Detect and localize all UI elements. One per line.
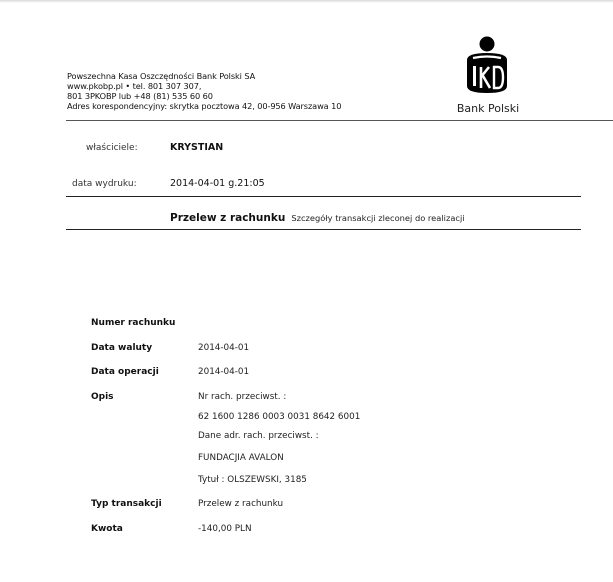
pko-logo-icon (462, 36, 512, 94)
value-date-value: 2014-04-01 (198, 343, 249, 353)
bank-name-line: Powszechna Kasa Oszczędności Bank Polski… (67, 71, 341, 81)
account-number-label: Numer rachunku (91, 318, 175, 328)
bank-web-phone-line: www.pkobp.pl • tel. 801 307 307, (67, 81, 341, 91)
description-line: 62 1600 1286 0003 0031 8642 6001 (198, 412, 360, 422)
description-line: Nr rach. przeciwst. : (198, 392, 286, 402)
print-date-label: data wydruku: (72, 179, 137, 189)
owners-label: właściciele: (86, 143, 138, 153)
header-divider (66, 120, 613, 121)
section-title: Przelew z rachunku (170, 212, 285, 224)
bank-address-line: Adres korespondencyjny: skrytka pocztowa… (67, 101, 341, 111)
description-label: Opis (91, 392, 114, 402)
section-subtitle: Szczegóły transakcji zleconej do realiza… (291, 213, 464, 223)
owners-value: KRYSTIAN (170, 142, 223, 153)
description-line: Dane adr. rach. przeciwst. : (198, 431, 319, 441)
transaction-type-label: Typ transakcji (91, 499, 162, 509)
operation-date-label: Data operacji (91, 367, 159, 377)
description-line: Tytuł : OLSZEWSKI, 3185 (198, 475, 307, 485)
section-header: Przelew z rachunkuSzczegóły transakcji z… (170, 206, 465, 225)
amount-value: -140,00 PLN (198, 524, 252, 534)
description-line: FUNDACJIA AVALON (198, 453, 284, 463)
bank-contact-info: Powszechna Kasa Oszczędności Bank Polski… (67, 71, 341, 111)
section-bottom-divider (66, 229, 581, 230)
value-date-label: Data waluty (91, 343, 152, 353)
operation-date-value: 2014-04-01 (198, 367, 249, 377)
logo-text: Bank Polski (453, 102, 523, 115)
page-top-shadow (0, 0, 613, 3)
section-top-divider (66, 196, 581, 197)
print-date-value: 2014-04-01 g.21:05 (170, 178, 265, 189)
transaction-type-value: Przelew z rachunku (198, 499, 283, 509)
amount-label: Kwota (91, 524, 123, 534)
bank-phone-line: 801 3PKOBP lub +48 (81) 535 60 60 (67, 91, 341, 101)
